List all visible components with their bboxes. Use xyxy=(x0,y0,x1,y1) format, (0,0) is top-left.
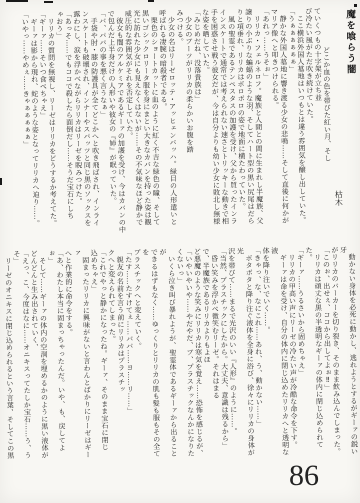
top-text-columns: どこか血の色を帯びた紅い月、そし ていくつもの十字架が立ち並 び冷たい風がただ吹… xyxy=(21,7,333,238)
top-text-block: 魔を喰らう闇 枯木 どこか血の色を帯びた紅い月、そし ていくつもの十字架が立ち並… xyxy=(4,7,359,238)
scan-artifact xyxy=(6,0,28,2)
scan-artifact xyxy=(148,0,154,2)
scan-artifact xyxy=(44,1,53,3)
story-title: 魔を喰らう闇 xyxy=(342,7,359,234)
scan-artifact xyxy=(0,178,2,185)
page-number: 86 xyxy=(289,460,319,492)
scanned-page: 魔を喰らう闇 枯木 どこか血の色を帯びた紅い月、そし ていくつもの十字架が立ち並… xyxy=(0,0,360,503)
bottom-text-columns: 動かない身体を必死に動かし、逃れようとするがギーァの鋭い牙 がリリカのパーカーを… xyxy=(4,246,359,464)
bottom-text-block: 動かない身体を必死に動かし、逃れようとするがギーァの鋭い牙 がリリカのパーカーを… xyxy=(4,246,359,464)
